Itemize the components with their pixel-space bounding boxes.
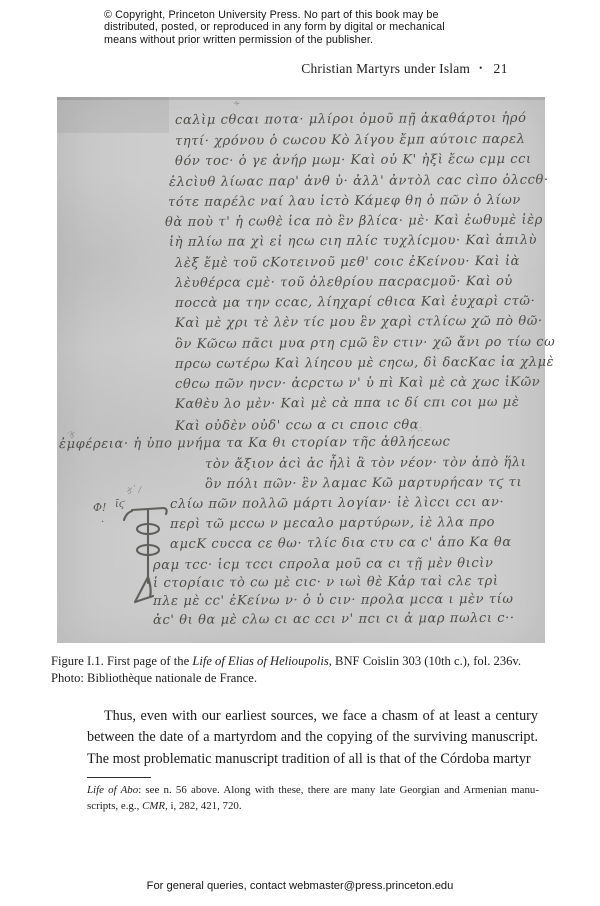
caption-line-1: Figure I.1. First page of the Life of El… <box>51 653 531 670</box>
manuscript-photo: ϲαλὶμ ϲθϲαι ποτα· μλίροι ὁμοῦ πῇ ἀκαθάρτ… <box>57 97 545 643</box>
page-number: 21 <box>494 61 509 76</box>
bullet-separator: • <box>479 63 482 73</box>
body-line: between the date of a martyrdom and the … <box>87 727 538 748</box>
running-head: Christian Martyrs under Islam•21 <box>301 61 508 77</box>
initial-letter-glyph <box>57 97 545 643</box>
footnote-journal-abbrev: CMR <box>142 800 165 812</box>
footnote-line-1: Life of Abo: see n. 56 above. Along with… <box>87 782 539 798</box>
figure-caption: Figure I.1. First page of the Life of El… <box>51 653 531 687</box>
body-paragraph: Thus, even with our earliest sources, we… <box>87 706 538 770</box>
footnote-text: scripts, e.g., <box>87 800 142 812</box>
caption-text: , BNF Coislin 303 (10th c.), fol. 236v. <box>329 654 521 668</box>
footer-query-note: For general queries, contact webmaster@p… <box>0 880 600 892</box>
footnote: Life of Abo: see n. 56 above. Along with… <box>87 782 539 814</box>
caption-line-2: Photo: Bibliothèque nationale de France. <box>51 670 531 687</box>
body-line: The most problematic manuscript traditio… <box>87 749 538 770</box>
running-head-title: Christian Martyrs under Islam <box>301 61 470 76</box>
copyright-notice: © Copyright, Princeton University Press.… <box>104 9 445 46</box>
caption-text: Figure I.1. First page of the <box>51 654 192 668</box>
copyright-line: © Copyright, Princeton University Press.… <box>104 9 445 21</box>
caption-work-title: Life of Elias of Helioupolis <box>192 654 328 668</box>
footnote-text: : see n. 56 above. Along with these, the… <box>138 784 539 796</box>
footnote-text: , i, 282, 421, 720. <box>165 800 242 812</box>
footnote-rule <box>87 777 151 778</box>
footnote-line-2: scripts, e.g., CMR, i, 282, 421, 720. <box>87 798 539 814</box>
body-line: Thus, even with our earliest sources, we… <box>87 706 538 727</box>
copyright-line: distributed, posted, or reproduced in an… <box>104 21 445 33</box>
copyright-line: means without prior written permission o… <box>104 34 445 46</box>
footnote-work-title: Life of Abo <box>87 784 138 796</box>
